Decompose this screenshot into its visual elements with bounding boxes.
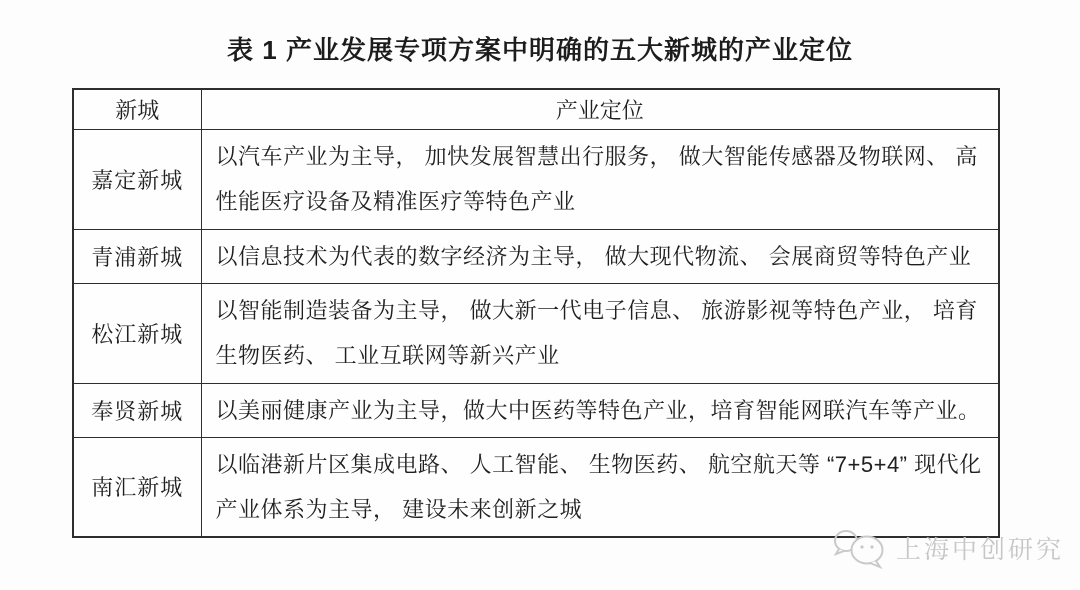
table-row: 南汇新城 以临港新片区集成电路、 人工智能、 生物医药、 航空航天等 “7+5+… [73, 437, 999, 537]
table-row: 青浦新城 以信息技术为代表的数字经济为主导， 做大现代物流、 会展商贸等特色产业 [73, 229, 999, 283]
watermark-label: 上海中创研究 [896, 530, 1064, 566]
city-name: 奉贤新城 [73, 383, 201, 437]
wechat-icon [832, 526, 888, 570]
city-name: 南汇新城 [73, 437, 201, 537]
city-name: 松江新城 [73, 283, 201, 383]
city-positioning: 以临港新片区集成电路、 人工智能、 生物医药、 航空航天等 “7+5+4” 现代… [201, 437, 999, 537]
city-positioning: 以智能制造装备为主导， 做大新一代电子信息、 旅游影视等特色产业， 培育生物医药… [201, 283, 999, 383]
table-row: 嘉定新城 以汽车产业为主导， 加快发展智慧出行服务， 做大智能传感器及物联网、 … [73, 129, 999, 229]
watermark: 上海中创研究 [832, 526, 1064, 570]
header-positioning: 产业定位 [201, 89, 999, 129]
industry-positioning-table: 新城 产业定位 嘉定新城 以汽车产业为主导， 加快发展智慧出行服务， 做大智能传… [72, 88, 1000, 538]
table-header-row: 新城 产业定位 [73, 89, 999, 129]
table-title: 表 1 产业发展专项方案中明确的五大新城的产业定位 [0, 30, 1080, 67]
city-positioning: 以信息技术为代表的数字经济为主导， 做大现代物流、 会展商贸等特色产业 [201, 229, 999, 283]
city-positioning: 以汽车产业为主导， 加快发展智慧出行服务， 做大智能传感器及物联网、 高性能医疗… [201, 129, 999, 229]
table-row: 奉贤新城 以美丽健康产业为主导，做大中医药等特色产业，培育智能网联汽车等产业。 [73, 383, 999, 437]
city-name: 嘉定新城 [73, 129, 201, 229]
city-positioning: 以美丽健康产业为主导，做大中医药等特色产业，培育智能网联汽车等产业。 [201, 383, 999, 437]
city-name: 青浦新城 [73, 229, 201, 283]
table-row: 松江新城 以智能制造装备为主导， 做大新一代电子信息、 旅游影视等特色产业， 培… [73, 283, 999, 383]
header-city: 新城 [73, 89, 201, 129]
page: 表 1 产业发展专项方案中明确的五大新城的产业定位 新城 产业定位 嘉定新城 以… [0, 0, 1080, 590]
